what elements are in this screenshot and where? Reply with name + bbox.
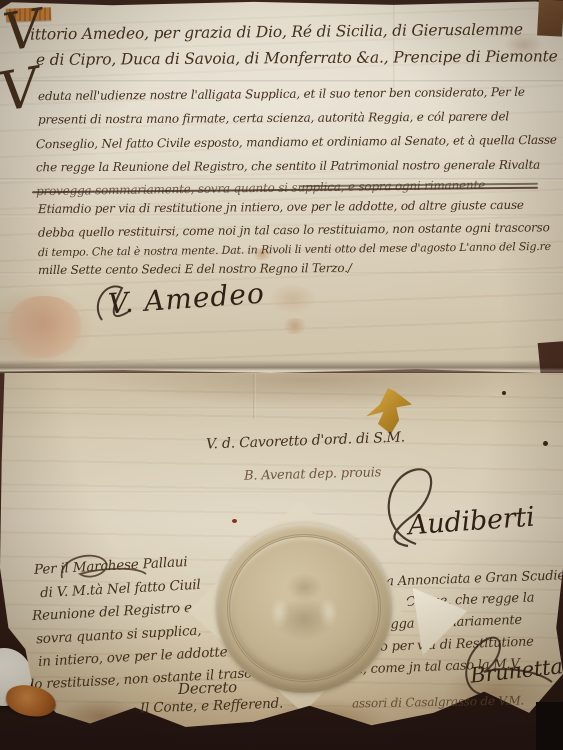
petition-line: sovra quanto si supplica, bbox=[36, 624, 202, 647]
ink-spot bbox=[502, 391, 506, 395]
paper-stain bbox=[282, 318, 308, 334]
fold-crease bbox=[0, 407, 563, 410]
red-speck bbox=[232, 519, 237, 523]
seal-crest bbox=[254, 561, 354, 655]
petition-line: Reunione del Registro e bbox=[32, 601, 192, 624]
dark-object-bottom-right bbox=[536, 702, 563, 750]
ink-spot bbox=[543, 441, 548, 446]
fold-crease bbox=[0, 80, 563, 83]
manuscript-photo: V ittorio Amedeo, per grazia di Dio, Ré … bbox=[0, 0, 563, 750]
sheet-fold-shadow bbox=[0, 360, 563, 374]
fold-crease bbox=[253, 373, 256, 419]
decreto-label: Decreto bbox=[178, 680, 238, 698]
body-line: presenti di nostra mano firmate, certa s… bbox=[38, 110, 509, 126]
heading-line: e di Cipro, Duca di Savoia, di Monferrat… bbox=[36, 48, 563, 68]
petition-line: in intiero, ove per le addotte bbox=[38, 645, 228, 669]
tape-fragment-top-right bbox=[537, 0, 563, 37]
paper-stain bbox=[8, 296, 82, 358]
calligraphic-flourish bbox=[52, 548, 152, 588]
fold-crease bbox=[393, 0, 396, 88]
body-line: che regge la Reunione del Registro, che … bbox=[36, 159, 540, 174]
